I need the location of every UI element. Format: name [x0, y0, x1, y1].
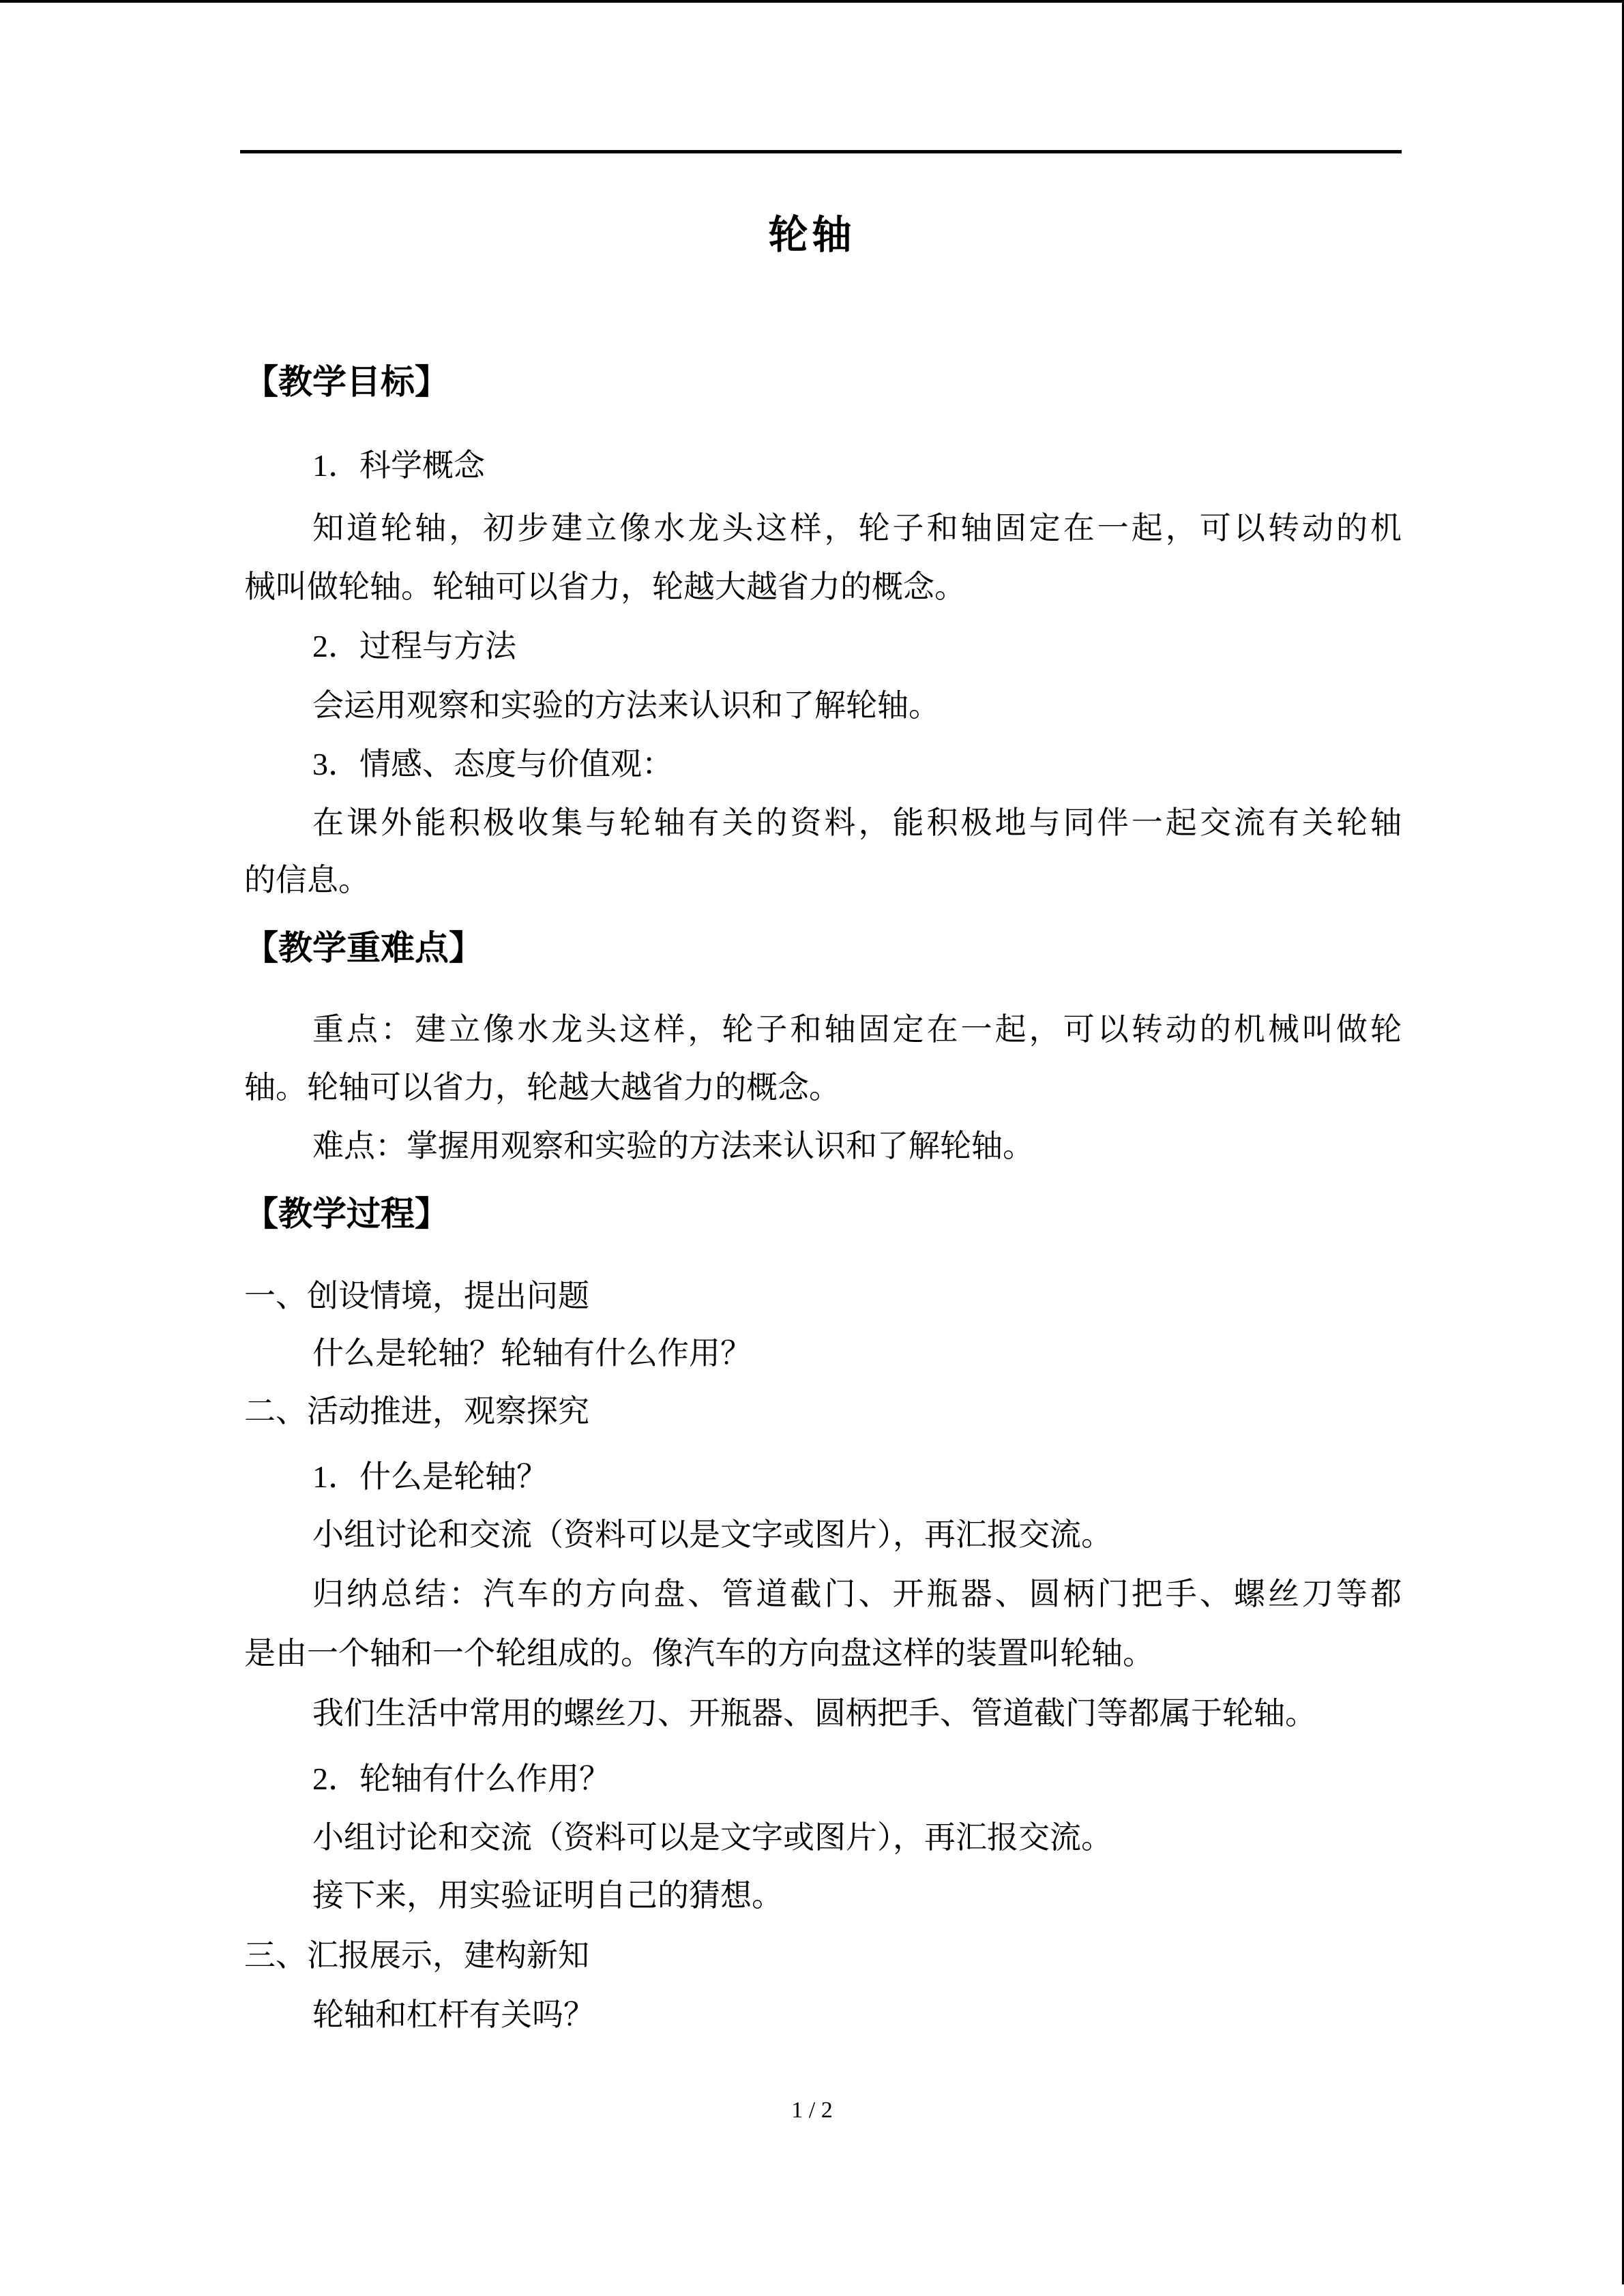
list-item-three: 三、汇报展示，建构新知	[244, 1940, 589, 1971]
paragraph-line: 小组讨论和交流（资料可以是文字或图片），再汇报交流。	[312, 1519, 1112, 1551]
numbered-sub-item-1: 1．什么是轮轴？	[312, 1461, 548, 1493]
page-number: 1 / 2	[0, 2099, 1624, 2122]
numbered-sub-item-2: 2．轮轴有什么作用？	[312, 1763, 610, 1795]
list-item-two: 二、活动推进，观察探究	[244, 1396, 589, 1427]
paragraph-line: 械叫做轮轴。轮轴可以省力，轮越大越省力的概念。	[244, 571, 966, 603]
paragraph-line: 难点：掌握用观察和实验的方法来认识和了解轮轴。	[312, 1131, 1034, 1162]
numbered-item-1: 1．科学概念	[312, 450, 485, 481]
page-title: 轮轴	[0, 215, 1624, 255]
paragraph-line: 什么是轮轴？轮轴有什么作用？	[312, 1338, 752, 1369]
paragraph-line: 轮轴和杠杆有关吗？	[312, 1999, 595, 2031]
paragraph-line: 接下来，用实验证明自己的猜想。	[312, 1880, 783, 1911]
paragraph-line: 我们生活中常用的螺丝刀、开瓶器、圆柄把手、管道截门等都属于轮轴。	[312, 1698, 1316, 1729]
numbered-item-3: 3．情感、态度与价值观：	[312, 749, 673, 780]
top-border	[0, 0, 1624, 3]
list-item-one: 一、创设情境，提出问题	[244, 1281, 589, 1312]
paragraph-line: 是由一个轴和一个轮组成的。像汽车的方向盘这样的装置叫轮轴。	[244, 1638, 1154, 1669]
paragraph-line: 知道轮轴，初步建立像水龙头这样，轮子和轴固定在一起，可以转动的机	[312, 513, 1402, 544]
paragraph-line: 小组讨论和交流（资料可以是文字或图片），再汇报交流。	[312, 1822, 1112, 1853]
document-page: 轮轴 【教学目标】 1．科学概念 知道轮轴，初步建立像水龙头这样，轮子和轴固定在…	[0, 0, 1624, 2296]
heading-teaching-goals: 【教学目标】	[244, 365, 449, 399]
paragraph-line: 的信息。	[244, 865, 370, 896]
paragraph-line: 重点：建立像水龙头这样，轮子和轴固定在一起，可以转动的机械叫做轮	[312, 1014, 1402, 1045]
numbered-item-2: 2．过程与方法	[312, 631, 516, 662]
paragraph-line: 轴。轮轴可以省力，轮越大越省力的概念。	[244, 1072, 840, 1103]
paragraph-line: 会运用观察和实验的方法来认识和了解轮轴。	[312, 690, 940, 721]
heading-key-points: 【教学重难点】	[244, 931, 483, 965]
header-rule	[240, 150, 1402, 153]
heading-teaching-process: 【教学过程】	[244, 1197, 449, 1231]
paragraph-line: 归纳总结：汽车的方向盘、管道截门、开瓶器、圆柄门把手、螺丝刀等都	[312, 1579, 1402, 1610]
paragraph-line: 在课外能积极收集与轮轴有关的资料，能积极地与同伴一起交流有关轮轴	[312, 807, 1402, 839]
